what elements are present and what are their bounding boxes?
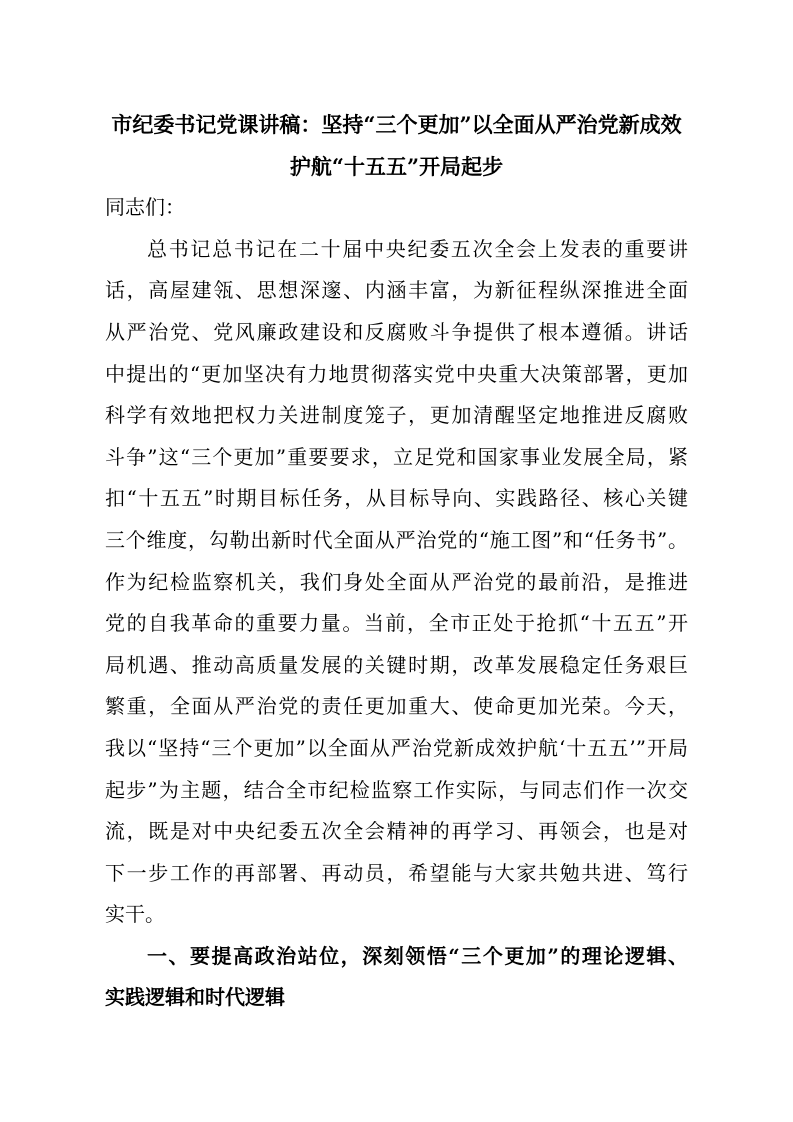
body-line-3: 从严治党、党风廉政建设和反腐败斗争提供了根本遵循。讲话 bbox=[105, 312, 688, 354]
body-line-2: 话，高屋建瓴、思想深邃、内涵丰富，为新征程纵深推进全面 bbox=[105, 270, 688, 312]
body-line-4: 中提出的“更加坚决有力地贯彻落实党中央重大决策部署，更加 bbox=[105, 354, 688, 396]
salutation: 同志们： bbox=[105, 187, 688, 229]
heading-line-2: 实践逻辑和时代逻辑 bbox=[105, 977, 688, 1019]
doc-title-line-2: 护航“十五五”开局起步 bbox=[105, 146, 688, 188]
body-line-16: 下一步工作的再部署、再动员，希望能与大家共勉共进、笃行 bbox=[105, 853, 688, 895]
paragraph: 总书记总书记在二十届中央纪委五次全会上发表的重要讲 话，高屋建瓴、思想深邃、内涵… bbox=[105, 229, 688, 936]
body-line-6: 斗争”这“三个更加”重要要求，立足党和国家事业发展全局，紧 bbox=[105, 437, 688, 479]
section-heading: 一、要提高政治站位，深刻领悟“三个更加”的理论逻辑、 实践逻辑和时代逻辑 bbox=[105, 936, 688, 1019]
document-page: 市纪委书记党课讲稿：坚持“三个更加”以全面从严治党新成效 护航“十五五”开局起步… bbox=[0, 0, 793, 1122]
body-line-17: 实干。 bbox=[105, 894, 688, 936]
body-line-15: 流，既是对中央纪委五次全会精神的再学习、再领会，也是对 bbox=[105, 811, 688, 853]
body-line-13: 我以“坚持“三个更加”以全面从严治党新成效护航‘十五五’”开局 bbox=[105, 728, 688, 770]
body-line-1: 总书记总书记在二十届中央纪委五次全会上发表的重要讲 bbox=[105, 229, 688, 271]
doc-title: 市纪委书记党课讲稿：坚持“三个更加”以全面从严治党新成效 护航“十五五”开局起步 bbox=[105, 104, 688, 187]
doc-title-line-1: 市纪委书记党课讲稿：坚持“三个更加”以全面从严治党新成效 bbox=[105, 104, 688, 146]
body-line-8: 三个维度，勾勒出新时代全面从严治党的“施工图”和“任务书”。 bbox=[105, 520, 688, 562]
body-line-14: 起步”为主题，结合全市纪检监察工作实际，与同志们作一次交 bbox=[105, 770, 688, 812]
body-line-5: 科学有效地把权力关进制度笼子，更加清醒坚定地推进反腐败 bbox=[105, 395, 688, 437]
body-line-9: 作为纪检监察机关，我们身处全面从严治党的最前沿，是推进 bbox=[105, 562, 688, 604]
heading-line-1: 一、要提高政治站位，深刻领悟“三个更加”的理论逻辑、 bbox=[105, 936, 688, 978]
body-line-11: 局机遇、推动高质量发展的关键时期，改革发展稳定任务艰巨 bbox=[105, 645, 688, 687]
body-line-7: 扣“十五五”时期目标任务，从目标导向、实践路径、核心关键 bbox=[105, 478, 688, 520]
body-line-12: 繁重，全面从严治党的责任更加重大、使命更加光荣。今天， bbox=[105, 686, 688, 728]
body-line-10: 党的自我革命的重要力量。当前，全市正处于抢抓“十五五”开 bbox=[105, 603, 688, 645]
